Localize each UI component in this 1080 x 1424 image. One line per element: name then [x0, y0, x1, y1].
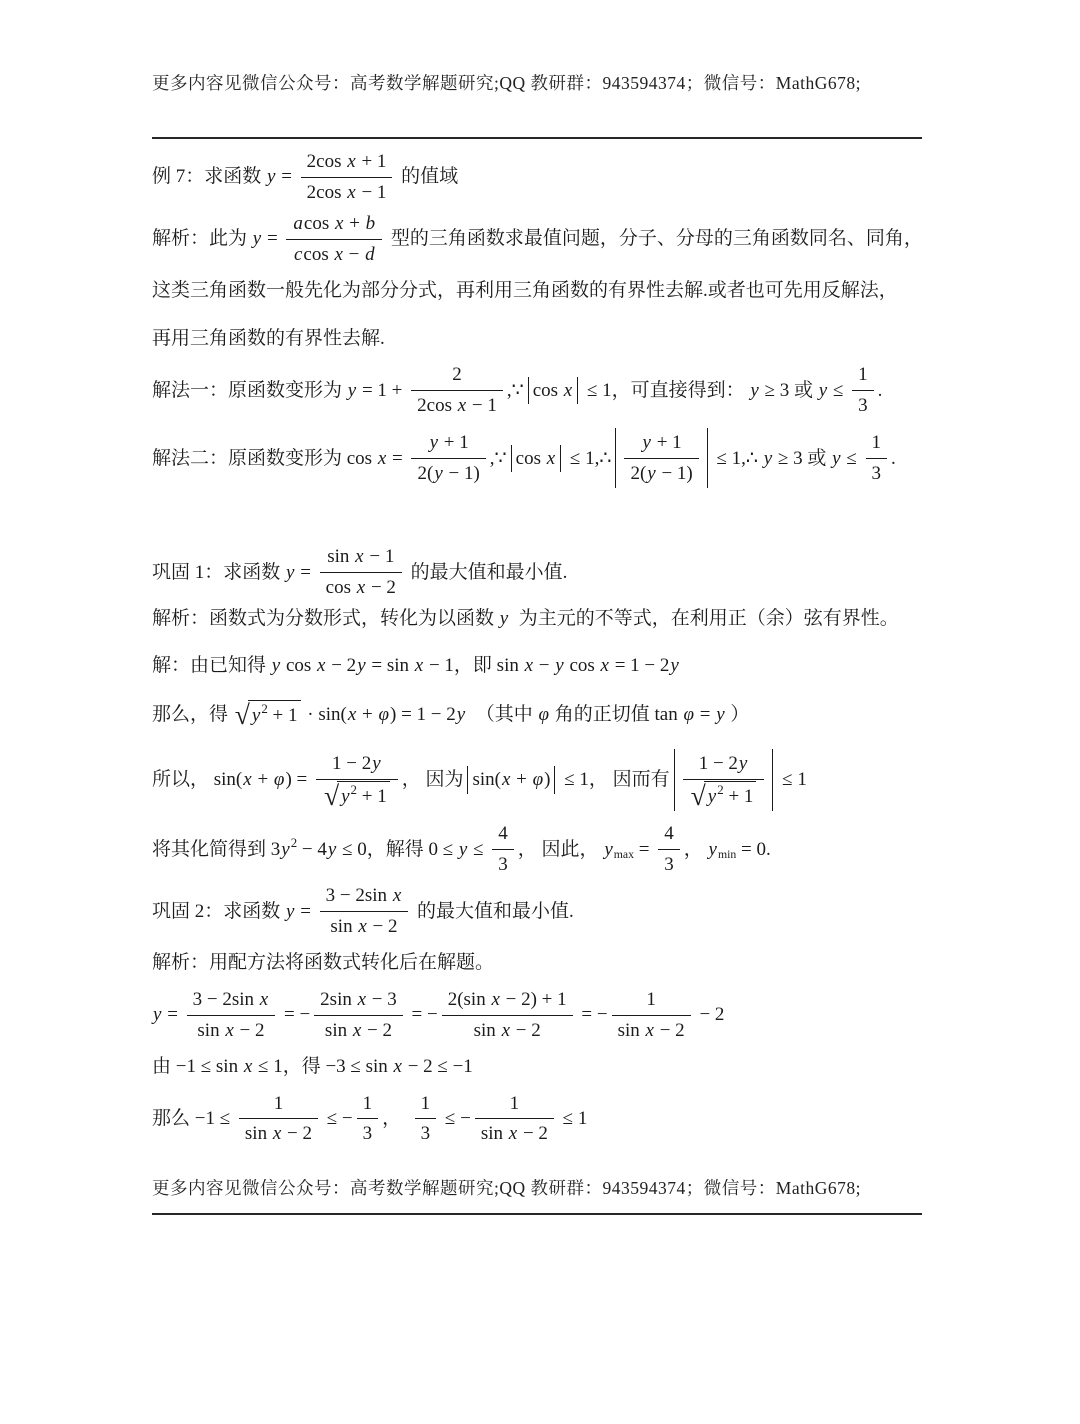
- consolidation2-problem: 巩固 2：求函数 y = 3 − 2sin xsin x − 2 的最大值和最小…: [152, 881, 930, 941]
- math-text: ≥ 3 或: [760, 377, 818, 405]
- math-variable: y: [642, 429, 652, 457]
- math-text: 再用三角函数的有界性去解.: [152, 325, 385, 353]
- consolidation2-step1: y = 3 − 2sin xsin x − 2 = −2sin x − 3sin…: [152, 985, 930, 1045]
- math-text: ）: [726, 701, 750, 729]
- math-variable: y: [433, 460, 443, 488]
- math-variable: φ: [537, 701, 550, 729]
- math-variable: x: [393, 1053, 403, 1081]
- math-text: −: [534, 652, 554, 680]
- worksheet-page: 更多内容见微信公众号：高考数学解题研究;QQ 教研群：943594374；微信号…: [152, 0, 930, 1215]
- math-numerator: 1 − 2y: [683, 749, 765, 780]
- math-text: − 1): [657, 460, 693, 488]
- bottom-divider: [152, 1213, 922, 1215]
- math-text: − 2: [326, 652, 356, 680]
- math-text: cos: [326, 574, 356, 602]
- math-denominator: 3: [866, 459, 888, 489]
- math-text: = −: [279, 1001, 310, 1029]
- math-numerator: 1: [866, 428, 888, 459]
- math-sqrt: √y2 + 1: [324, 781, 390, 811]
- math-numerator: 1: [357, 1089, 379, 1120]
- math-variable: x: [346, 148, 356, 176]
- math-text: = 1 +: [357, 377, 407, 405]
- math-text: sin: [197, 1017, 224, 1045]
- math-text: + 1: [724, 783, 754, 811]
- math-variable: c: [293, 241, 303, 269]
- math-denominator: 2cos x − 1: [301, 178, 393, 208]
- math-variable: y: [707, 783, 717, 811]
- math-text: 3: [498, 851, 508, 879]
- math-variable: x: [357, 986, 367, 1014]
- math-variable: x: [645, 1017, 655, 1045]
- math-text: 3: [664, 851, 674, 879]
- math-text: + 1: [652, 429, 682, 457]
- math-fraction: 2(sin x − 2) + 1sin x − 2: [442, 985, 573, 1045]
- math-text: + 1: [439, 429, 469, 457]
- math-subscript: max: [614, 846, 634, 863]
- math-text: 2cos: [307, 148, 347, 176]
- math-variable: y: [327, 836, 337, 864]
- math-text: sin: [618, 1017, 645, 1045]
- consolidation1-step4: 将其化简得到 3y2 − 4y ≤ 0，解得 0 ≤ y ≤ 43， 因此， y…: [152, 819, 930, 879]
- math-text: 3 − 2sin: [326, 882, 392, 910]
- math-text: − 1: [357, 179, 387, 207]
- math-denominator: √y2 + 1: [683, 780, 765, 812]
- math-text: −: [344, 241, 364, 269]
- math-text: =: [276, 163, 296, 191]
- math-numerator: acos x + b: [286, 209, 382, 240]
- math-text: − 1): [444, 460, 480, 488]
- math-numerator: 1: [852, 360, 874, 391]
- math-variable: x: [243, 1053, 253, 1081]
- math-text: 的最大值和最小值.: [406, 559, 568, 587]
- math-denominator: 2(y − 1): [411, 459, 485, 489]
- math-text: − 2: [282, 1120, 312, 1148]
- consolidation1-analysis: 解析：函数式为分数形式，转化为以函数 y 为主元的不等式，在利用正（余）弦有界性…: [152, 605, 930, 633]
- math-variable: y: [152, 1001, 162, 1029]
- math-text: ≤ 1,∴: [712, 445, 763, 473]
- math-denominator: 3: [852, 391, 874, 421]
- math-text: ≤ 1,∴: [565, 445, 611, 473]
- math-variable: x: [346, 179, 356, 207]
- math-variable: y: [669, 652, 679, 680]
- math-denominator: 3: [357, 1119, 379, 1149]
- math-variable: x: [272, 1120, 282, 1148]
- math-text: 解法二：原函数变形为 cos: [152, 445, 377, 473]
- math-text: ,∵: [507, 377, 524, 405]
- math-text: 型的三角函数求最值问题，分子、分母的三角函数同名、同角，: [386, 225, 923, 253]
- math-text: = sin: [367, 652, 414, 680]
- math-fraction: 13: [852, 360, 874, 420]
- math-sqrt: √y2 + 1: [691, 781, 757, 811]
- math-variable: x: [508, 1120, 518, 1148]
- math-fraction: 1 − 2y√y2 + 1: [316, 749, 398, 811]
- math-variable: x: [259, 986, 269, 1014]
- math-variable: y: [280, 836, 290, 864]
- math-absolute-value: cos x: [511, 445, 562, 473]
- math-variable: x: [357, 913, 367, 941]
- math-variable: x: [377, 445, 387, 473]
- math-text: .: [878, 377, 883, 405]
- math-text: 1 − 2: [699, 750, 738, 778]
- math-text: 2(sin: [448, 986, 491, 1014]
- math-variable: a: [292, 210, 304, 238]
- math-variable: x: [334, 210, 344, 238]
- math-text: − 1，即 sin: [424, 652, 523, 680]
- math-sqrt-body: y2 + 1: [337, 781, 390, 811]
- page-footer-note: 更多内容见微信公众号：高考数学解题研究;QQ 教研群：943594374；微信号…: [152, 1175, 930, 1200]
- math-text: cos: [281, 652, 316, 680]
- math-sqrt-body: y2 + 1: [248, 700, 301, 730]
- math-text: − 2: [695, 1001, 725, 1029]
- math-fraction: 13: [415, 1089, 437, 1149]
- math-text: 解析：用配方法将函数式转化后在解题。: [152, 949, 494, 977]
- math-numerator: 4: [658, 819, 680, 850]
- math-variable: φ: [377, 701, 390, 729]
- math-variable: x: [457, 392, 467, 420]
- math-fraction: 13: [357, 1089, 379, 1149]
- math-text: 那么 −1 ≤: [152, 1105, 235, 1133]
- math-text: 由 −1 ≤ sin: [152, 1053, 243, 1081]
- math-numerator: 2(sin x − 2) + 1: [442, 985, 573, 1016]
- math-denominator: sin x − 2: [314, 1016, 403, 1046]
- math-fraction: sin x − 1cos x − 2: [320, 542, 402, 602]
- math-text: +: [357, 701, 377, 729]
- top-divider: [152, 137, 922, 139]
- math-text: ): [544, 766, 550, 794]
- math-text: =: [262, 225, 282, 253]
- math-denominator: 3: [492, 850, 514, 880]
- math-text: − 2: [362, 1017, 392, 1045]
- math-variable: y: [708, 836, 718, 864]
- math-fraction: 1 − 2y√y2 + 1: [683, 749, 765, 811]
- math-denominator: sin x − 2: [612, 1016, 691, 1046]
- math-variable: x: [392, 882, 402, 910]
- math-text: = −: [407, 1001, 438, 1029]
- math-text: （其中: [466, 701, 537, 729]
- math-text: ，: [382, 1105, 411, 1133]
- math-text: 1: [510, 1090, 520, 1118]
- math-text: ) = 1 − 2: [390, 701, 456, 729]
- math-text: 3: [421, 1120, 431, 1148]
- math-text: 2sin: [320, 986, 356, 1014]
- math-variable: y: [554, 652, 564, 680]
- math-superscript: 2: [717, 781, 723, 800]
- math-text: 1: [274, 1090, 284, 1118]
- math-variable: y: [340, 783, 350, 811]
- example7-method2: 解法二：原函数变形为 cos x = y + 12(y − 1),∵cos x …: [152, 428, 930, 488]
- math-text: ≤ 1，可直接得到：: [582, 377, 749, 405]
- math-text: 的值域: [396, 163, 458, 191]
- math-variable: x: [316, 652, 326, 680]
- math-denominator: sin x − 2: [442, 1016, 573, 1046]
- math-text: 这类三角函数一般先化为部分分式，再利用三角函数的有界性去解.或者也可先用反解法，: [152, 277, 898, 305]
- math-text: − 3: [367, 986, 397, 1014]
- math-numerator: 1 − 2y: [316, 749, 398, 780]
- math-numerator: 2sin x − 3: [314, 985, 403, 1016]
- math-text: 3: [858, 392, 868, 420]
- math-variable: y: [356, 652, 366, 680]
- math-absolute-value: y + 12(y − 1): [615, 428, 707, 488]
- math-text: =: [387, 445, 407, 473]
- math-fraction: 1sin x − 2: [612, 985, 691, 1045]
- math-absolute-value: 1 − 2y√y2 + 1: [674, 749, 774, 811]
- math-text: sin: [330, 913, 357, 941]
- math-text: − 2: [518, 1120, 548, 1148]
- math-text: 1: [363, 1090, 373, 1118]
- math-text: sin(: [472, 766, 501, 794]
- math-text: = 1 − 2: [610, 652, 669, 680]
- consolidation1-problem: 巩固 1：求函数 y = sin x − 1cos x − 2 的最大值和最小值…: [152, 542, 930, 602]
- math-text: ≥ 3 或: [773, 445, 831, 473]
- consolidation1-step1: 解：由已知得 y cos x − 2y = sin x − 1，即 sin x …: [152, 652, 930, 680]
- math-text: ≤ 1，得 −3 ≤ sin: [253, 1053, 392, 1081]
- math-text: 解法一：原函数变形为: [152, 377, 347, 405]
- math-text: .: [891, 445, 896, 473]
- math-text: + 1: [268, 702, 298, 730]
- math-text: 1: [646, 986, 656, 1014]
- math-variable: x: [242, 766, 252, 794]
- math-variable: x: [414, 652, 424, 680]
- math-text: − 2: [235, 1017, 265, 1045]
- math-variable: y: [271, 652, 281, 680]
- math-fraction: acos x + bccos x − d: [286, 209, 382, 269]
- math-fraction: 2sin x − 3sin x − 2: [314, 985, 403, 1045]
- example7-analysis: 解析：此为 y = acos x + bccos x − d 型的三角函数求最值…: [152, 209, 930, 269]
- math-variable: y: [831, 445, 841, 473]
- math-sqrt-body: y2 + 1: [704, 781, 757, 811]
- math-text: sin: [327, 543, 354, 571]
- math-numerator: 3 − 2sin x: [187, 985, 276, 1016]
- math-text: + 1: [357, 148, 387, 176]
- consolidation1-step2: 那么，得 √y2 + 1 · sin(x + φ) = 1 − 2y （其中 φ…: [152, 700, 930, 730]
- math-text: sin: [245, 1120, 272, 1148]
- math-variable: x: [524, 652, 534, 680]
- math-fraction: 1sin x − 2: [239, 1089, 318, 1149]
- math-variable: φ: [682, 701, 695, 729]
- math-denominator: sin x − 2: [187, 1016, 276, 1046]
- math-numerator: y + 1: [624, 428, 698, 459]
- example7-method1: 解法一：原函数变形为 y = 1 + 22cos x − 1,∵cos x ≤ …: [152, 360, 930, 420]
- math-denominator: cos x − 2: [320, 573, 402, 603]
- math-variable: y: [285, 898, 295, 926]
- math-variable: x: [490, 986, 500, 1014]
- math-variable: y: [749, 377, 759, 405]
- math-text: +: [344, 210, 364, 238]
- math-text: 2(: [630, 460, 646, 488]
- math-superscript: 2: [291, 834, 297, 853]
- math-variable: y: [818, 377, 828, 405]
- math-fraction: y + 12(y − 1): [624, 428, 698, 488]
- math-variable: φ: [273, 766, 286, 794]
- math-denominator: ccos x − d: [286, 240, 382, 270]
- math-text: = 0.: [736, 836, 770, 864]
- math-text: =: [295, 559, 315, 587]
- math-fraction: 2cos x + 12cos x − 1: [301, 147, 393, 207]
- math-text: =: [162, 1001, 182, 1029]
- math-fraction: y + 12(y − 1): [411, 428, 485, 488]
- math-sqrt: √y2 + 1: [235, 700, 301, 730]
- math-denominator: sin x − 2: [239, 1119, 318, 1149]
- math-variable: x: [333, 241, 343, 269]
- math-text: 2(: [417, 460, 433, 488]
- math-text: cos: [304, 210, 334, 238]
- math-variable: y: [285, 559, 295, 587]
- math-text: 巩固 1：求函数: [152, 559, 285, 587]
- math-text: − 4: [297, 836, 327, 864]
- math-denominator: √y2 + 1: [316, 780, 398, 812]
- math-variable: x: [224, 1017, 234, 1045]
- math-denominator: 2(y − 1): [624, 459, 698, 489]
- math-fraction: 22cos x − 1: [411, 360, 503, 420]
- math-text: +: [253, 766, 273, 794]
- math-text: 解析：函数式为分数形式，转化为以函数: [152, 605, 499, 633]
- math-text: ≤ −: [322, 1105, 353, 1133]
- math-text: ≤: [828, 377, 848, 405]
- math-text: 2: [452, 361, 462, 389]
- math-numerator: 1: [239, 1089, 318, 1120]
- math-fraction: 43: [492, 819, 514, 879]
- math-fraction: 1sin x − 2: [475, 1089, 554, 1149]
- math-text: 为主元的不等式，在利用正（余）弦有界性。: [509, 605, 899, 633]
- math-variable: x: [347, 701, 357, 729]
- math-numerator: y + 1: [411, 428, 485, 459]
- consolidation2-step3: 那么 −1 ≤ 1sin x − 2 ≤ −13， 13 ≤ −1sin x −…: [152, 1089, 930, 1149]
- math-numerator: 2: [411, 360, 503, 391]
- math-text: 那么，得: [152, 701, 233, 729]
- math-text: + 1: [357, 783, 387, 811]
- math-variable: y: [715, 701, 725, 729]
- math-text: +: [511, 766, 531, 794]
- math-absolute-value: cos x: [528, 377, 579, 405]
- math-variable: y: [347, 377, 357, 405]
- math-fraction: 43: [658, 819, 680, 879]
- math-variable: y: [266, 163, 276, 191]
- math-text: · sin(: [303, 701, 347, 729]
- math-text: sin: [481, 1120, 508, 1148]
- math-text: 解析：此为: [152, 225, 252, 253]
- math-variable: y: [738, 750, 748, 778]
- math-text: − 2: [366, 574, 396, 602]
- math-text: 角的正切值 tan: [550, 701, 682, 729]
- math-text: 3: [872, 460, 882, 488]
- math-numerator: 2cos x + 1: [301, 147, 393, 178]
- example7-analysis-cont2: 再用三角函数的有界性去解.: [152, 325, 930, 353]
- math-text: cos: [516, 445, 546, 473]
- math-numerator: 3 − 2sin x: [320, 881, 409, 912]
- consolidation2-step2: 由 −1 ≤ sin x ≤ 1，得 −3 ≤ sin x − 2 ≤ −1: [152, 1053, 930, 1081]
- math-variable: y: [763, 445, 773, 473]
- math-text: ，: [684, 836, 708, 864]
- math-variable: y: [499, 605, 509, 633]
- math-variable: y: [646, 460, 656, 488]
- math-text: − 2: [655, 1017, 685, 1045]
- math-text: ≤ 1， 因而有: [559, 766, 669, 794]
- math-variable: x: [356, 574, 366, 602]
- math-denominator: 2cos x − 1: [411, 391, 503, 421]
- consolidation2-analysis: 解析：用配方法将函数式转化后在解题。: [152, 949, 930, 977]
- math-numerator: 1: [415, 1089, 437, 1120]
- math-text: 2cos: [417, 392, 457, 420]
- math-variable: x: [563, 377, 573, 405]
- math-denominator: 3: [658, 850, 680, 880]
- math-text: sin: [474, 1017, 501, 1045]
- math-denominator: 3: [415, 1119, 437, 1149]
- math-numerator: sin x − 1: [320, 542, 402, 573]
- math-text: 4: [498, 820, 508, 848]
- math-variable: y: [603, 836, 613, 864]
- math-text: 4: [664, 820, 674, 848]
- math-text: 巩固 2：求函数: [152, 898, 285, 926]
- math-text: sin: [325, 1017, 352, 1045]
- math-subscript: min: [718, 846, 736, 863]
- math-absolute-value: sin(x + φ): [467, 766, 555, 794]
- math-text: − 2) + 1: [501, 986, 567, 1014]
- math-text: 1: [421, 1090, 431, 1118]
- math-text: ≤ 0，解得 0 ≤: [337, 836, 458, 864]
- math-text: ≤ −: [440, 1105, 471, 1133]
- math-denominator: sin x − 2: [475, 1119, 554, 1149]
- math-text: ≤: [842, 445, 862, 473]
- document-body: 例 7：求函数 y = 2cos x + 12cos x − 1 的值域解析：此…: [152, 147, 930, 1149]
- math-variable: b: [365, 210, 377, 238]
- math-text: 将其化简得到 3: [152, 836, 280, 864]
- math-text: = −: [577, 1001, 608, 1029]
- math-fraction: 13: [866, 428, 888, 488]
- math-text: =: [295, 898, 315, 926]
- example7-problem: 例 7：求函数 y = 2cos x + 12cos x − 1 的值域: [152, 147, 930, 207]
- math-text: ≤: [468, 836, 488, 864]
- page-header-note: 更多内容见微信公众号：高考数学解题研究;QQ 教研群：943594374；微信号…: [152, 0, 930, 95]
- math-text: ) =: [285, 766, 312, 794]
- math-variable: y: [458, 836, 468, 864]
- math-variable: x: [354, 543, 364, 571]
- math-text: cos: [533, 377, 563, 405]
- math-text: cos: [303, 241, 333, 269]
- math-variable: y: [252, 225, 262, 253]
- math-text: 的最大值和最小值.: [412, 898, 574, 926]
- math-text: 1 − 2: [332, 750, 371, 778]
- math-text: 解：由已知得: [152, 652, 271, 680]
- math-text: 所以， sin(: [152, 766, 242, 794]
- math-fraction: 3 − 2sin xsin x − 2: [187, 985, 276, 1045]
- math-text: =: [634, 836, 654, 864]
- math-text: 1: [872, 429, 882, 457]
- math-numerator: 1: [612, 985, 691, 1016]
- math-text: =: [695, 701, 715, 729]
- math-superscript: 2: [261, 700, 267, 719]
- math-text: − 1: [467, 392, 497, 420]
- math-text: cos: [565, 652, 600, 680]
- math-variable: x: [546, 445, 556, 473]
- math-text: ≤ 1: [558, 1105, 587, 1133]
- math-variable: x: [352, 1017, 362, 1045]
- math-numerator: 4: [492, 819, 514, 850]
- math-text: ,∵: [490, 445, 507, 473]
- math-text: ， 因为: [402, 766, 464, 794]
- math-variable: d: [364, 241, 376, 269]
- math-text: 1: [858, 361, 868, 389]
- math-text: − 2: [511, 1017, 541, 1045]
- math-variable: y: [429, 429, 439, 457]
- math-variable: x: [600, 652, 610, 680]
- math-variable: y: [371, 750, 381, 778]
- math-text: − 2 ≤ −1: [403, 1053, 473, 1081]
- math-text: − 1: [365, 543, 395, 571]
- math-text: ≤ 1: [777, 766, 806, 794]
- math-fraction: 3 − 2sin xsin x − 2: [320, 881, 409, 941]
- math-text: ， 因此，: [518, 836, 604, 864]
- consolidation1-step3: 所以， sin(x + φ) = 1 − 2y√y2 + 1， 因为sin(x …: [152, 749, 930, 811]
